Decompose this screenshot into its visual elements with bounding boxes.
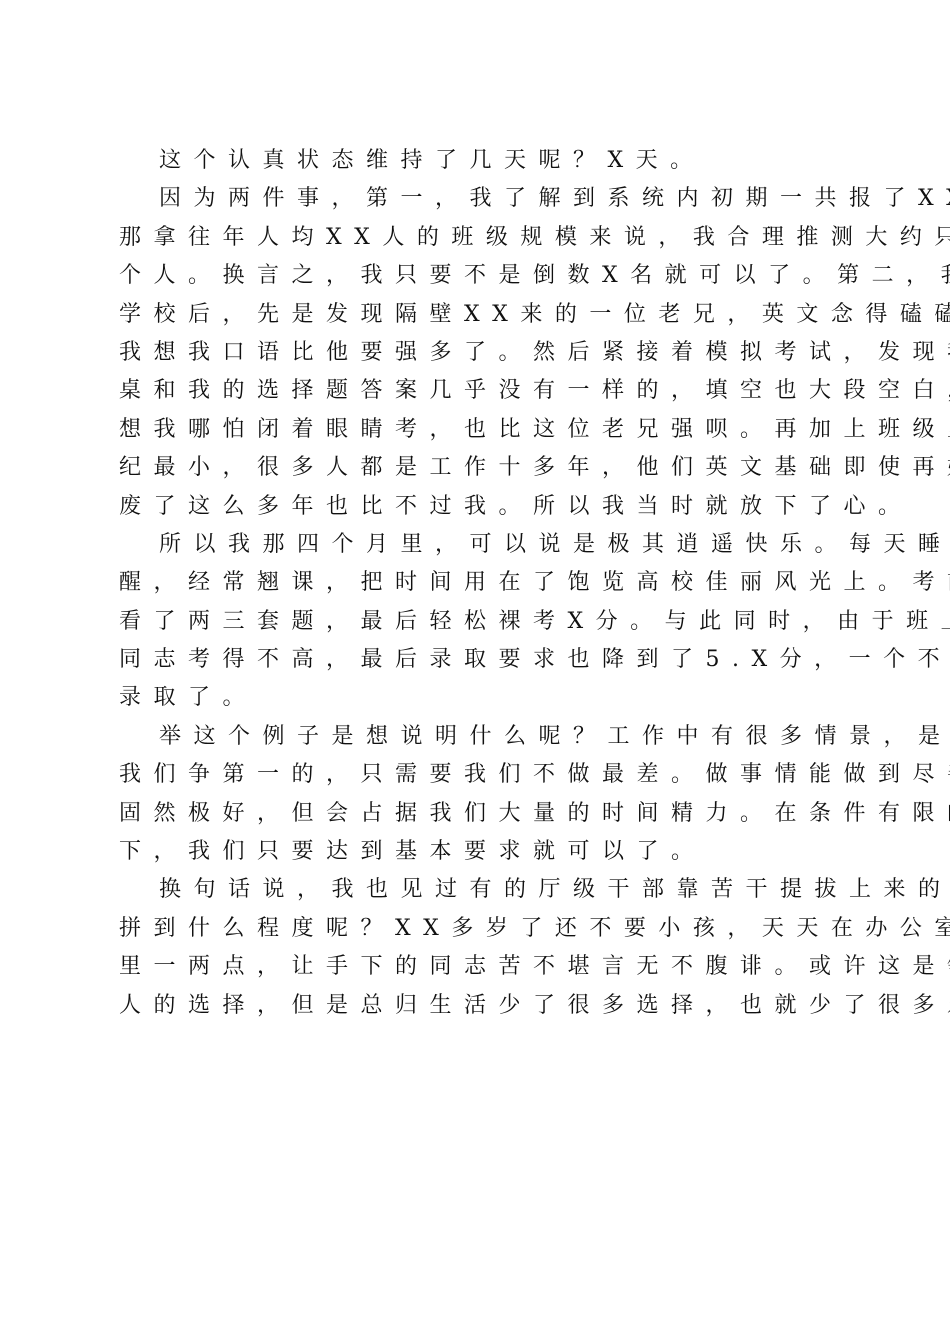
paragraph: 所以我那四个月里，可以说是极其逍遥快乐。每天睡到自然 醒，经常翘课，把时间用在了… (119, 526, 831, 718)
text-line: 醒，经常翘课，把时间用在了饱览高校佳丽风光上。考前临时 (119, 564, 831, 602)
text-line: 我们争第一的，只需要我们不做最差。做事情能做到尽善尽美 (119, 756, 831, 794)
text-line: 个人。换言之，我只要不是倒数X名就可以了。第二，我到了 (119, 257, 831, 295)
paragraph: 举这个例子是想说明什么呢？工作中有很多情景，是不需要 我们争第一的，只需要我们不… (119, 718, 831, 872)
text-line: 废了这么多年也比不过我。所以我当时就放下了心。 (119, 488, 831, 526)
text-line: 换句话说，我也见过有的厅级干部靠苦干提拔上来的，工作 (119, 871, 831, 909)
text-line: 里一两点，让手下的同志苦不堪言无不腹诽。或许这是领导个 (119, 948, 831, 986)
text-line: 学校后，先是发现隔壁XX来的一位老兄，英文念得磕磕绊绊， (119, 296, 831, 334)
text-line: 因为两件事，第一，我了解到系统内初期一共报了XX个人。 (119, 180, 831, 218)
text-line: 桌和我的选择题答案几乎没有一样的，填空也大段空白，我心 (119, 372, 831, 410)
text-line: 录取了。 (119, 679, 831, 717)
text-line: 想我哪怕闭着眼睛考，也比这位老兄强呗。再加上班级里我年 (119, 411, 831, 449)
text-line: 我想我口语比他要强多了。然后紧接着模拟考试，发现我的同 (119, 334, 831, 372)
text-line: 那拿往年人均XX人的班级规模来说，我合理推测大约只淘汰X (119, 219, 831, 257)
text-line: 这个认真状态维持了几天呢？X天。 (119, 142, 831, 180)
text-line: 看了两三套题，最后轻松裸考X分。与此同时，由于班上很多 (119, 603, 831, 641)
text-line: 固然极好，但会占据我们大量的时间精力。在条件有限的情况 (119, 795, 831, 833)
document-page: 这个认真状态维持了几天呢？X天。 因为两件事，第一，我了解到系统内初期一共报了X… (0, 0, 950, 1344)
paragraph: 这个认真状态维持了几天呢？X天。 (119, 142, 831, 180)
text-line: 举这个例子是想说明什么呢？工作中有很多情景，是不需要 (119, 718, 831, 756)
text-line: 纪最小，很多人都是工作十多年，他们英文基础即使再好，荒 (119, 449, 831, 487)
document-body: 这个认真状态维持了几天呢？X天。 因为两件事，第一，我了解到系统内初期一共报了X… (119, 142, 831, 1025)
text-line: 拼到什么程度呢？XX多岁了还不要小孩，天天在办公室待到夜 (119, 910, 831, 948)
text-line: 所以我那四个月里，可以说是极其逍遥快乐。每天睡到自然 (119, 526, 831, 564)
paragraph: 因为两件事，第一，我了解到系统内初期一共报了XX个人。 那拿往年人均XX人的班级… (119, 180, 831, 526)
text-line: 下，我们只要达到基本要求就可以了。 (119, 833, 831, 871)
text-line: 人的选择，但是总归生活少了很多选择，也就少了很多乐趣。 (119, 987, 831, 1025)
text-line: 同志考得不高，最后录取要求也降到了5.X分，一个不落全都 (119, 641, 831, 679)
paragraph: 换句话说，我也见过有的厅级干部靠苦干提拔上来的，工作 拼到什么程度呢？XX多岁了… (119, 871, 831, 1025)
